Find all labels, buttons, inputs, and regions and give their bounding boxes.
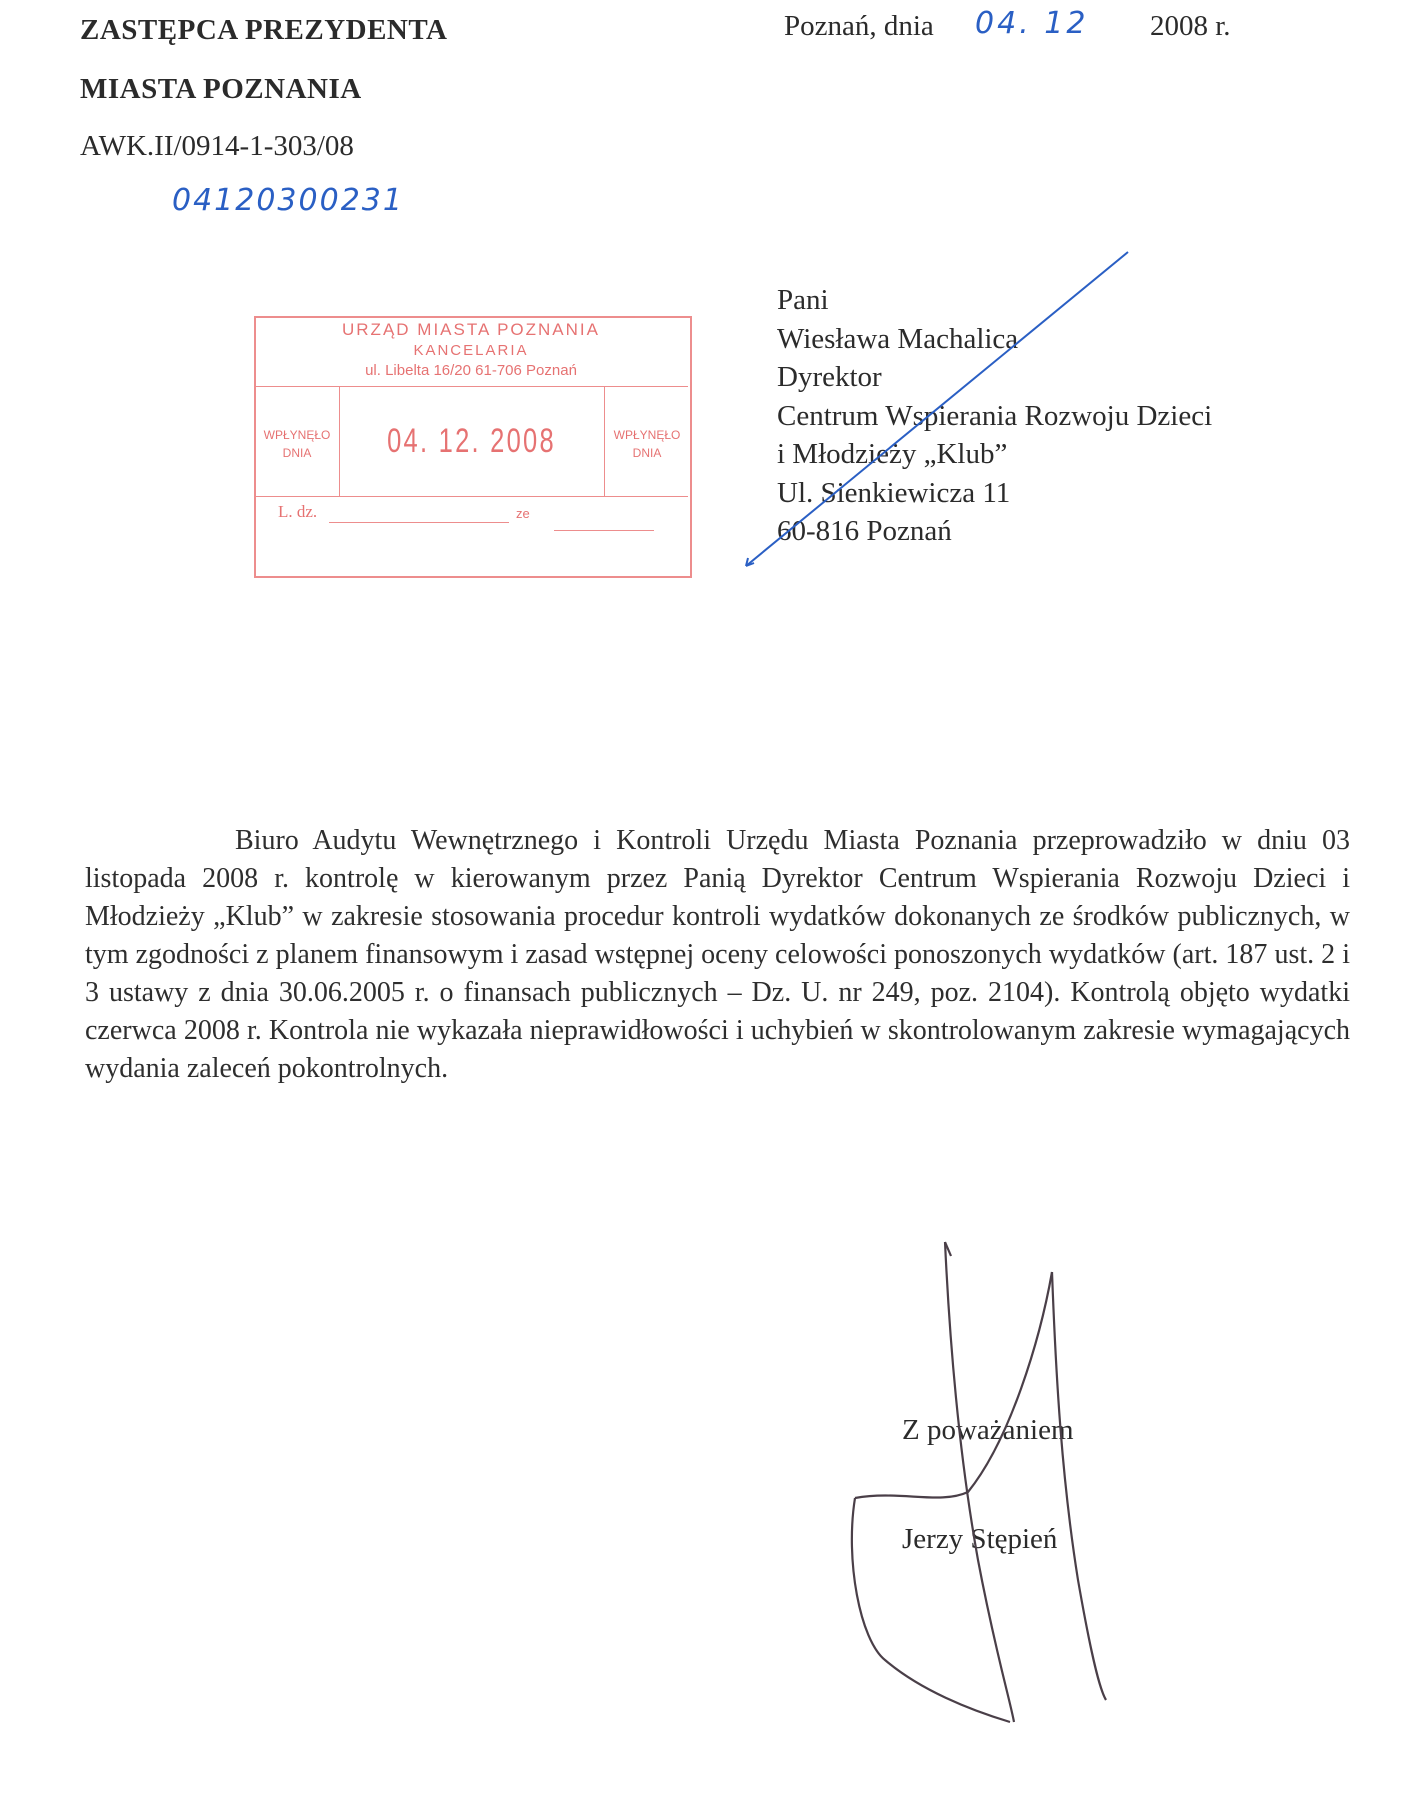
stamp-divider bbox=[254, 496, 688, 497]
recipient-organization-line1: Centrum Wspierania Rozwoju Dzieci bbox=[777, 397, 1212, 436]
stamp-address: ul. Libelta 16/20 61-706 Poznań bbox=[254, 362, 688, 379]
stamp-day-label-left: DNIA bbox=[256, 446, 338, 460]
recipient-position: Dyrektor bbox=[777, 358, 1212, 397]
stamp-received-date: 04. 12. 2008 bbox=[376, 422, 567, 461]
stamp-ze-label: ze bbox=[516, 506, 530, 521]
stamp-day-label-right: DNIA bbox=[606, 446, 688, 460]
letter-body: Biuro Audytu Wewnętrznego i Kontroli Urz… bbox=[85, 822, 1350, 1088]
stamp-received-label-right: WPŁYNĘŁO bbox=[606, 428, 688, 442]
recipient-salutation: Pani bbox=[777, 281, 1212, 320]
blue-check-tip bbox=[746, 558, 754, 566]
closing-salutation: Z poważaniem bbox=[902, 1414, 1074, 1447]
stamp-department: KANCELARIA bbox=[254, 342, 688, 359]
stamp-divider bbox=[254, 386, 688, 387]
reference-number: AWK.II/0914-1-303/08 bbox=[80, 130, 354, 163]
recipient-name: Wiesława Machalica bbox=[777, 320, 1212, 359]
recipient-street: Ul. Sienkiewicza 11 bbox=[777, 474, 1212, 513]
stamp-divider bbox=[604, 386, 605, 496]
signatory-name: Jerzy Stępień bbox=[902, 1523, 1057, 1556]
date-prefix: Poznań, dnia bbox=[784, 10, 934, 43]
body-paragraph: Biuro Audytu Wewnętrznego i Kontroli Urz… bbox=[85, 822, 1350, 1088]
issuer-title-line2: MIASTA POZNANIA bbox=[80, 73, 362, 106]
stamp-ldz-line bbox=[329, 522, 509, 523]
recipient-organization-line2: i Młodzieży „Klub” bbox=[777, 435, 1212, 474]
receipt-stamp: URZĄD MIASTA POZNANIA KANCELARIA ul. Lib… bbox=[254, 316, 692, 578]
handwritten-date: 04. 12 bbox=[975, 6, 1088, 41]
stamp-divider bbox=[339, 386, 340, 496]
date-year: 2008 r. bbox=[1150, 10, 1231, 43]
stamp-received-label-left: WPŁYNĘŁO bbox=[256, 428, 338, 442]
handwritten-registry-number: 04120300231 bbox=[172, 183, 404, 218]
stamp-ldz-label: L. dz. bbox=[278, 502, 317, 522]
stamp-office-name: URZĄD MIASTA POZNANIA bbox=[254, 320, 688, 340]
handwritten-signature bbox=[852, 1242, 1106, 1722]
issuer-title-line1: ZASTĘPCA PREZYDENTA bbox=[80, 14, 448, 47]
stamp-ze-line bbox=[554, 530, 654, 531]
recipient-city: 60-816 Poznań bbox=[777, 512, 1212, 551]
recipient-address: Pani Wiesława Machalica Dyrektor Centrum… bbox=[777, 281, 1212, 551]
